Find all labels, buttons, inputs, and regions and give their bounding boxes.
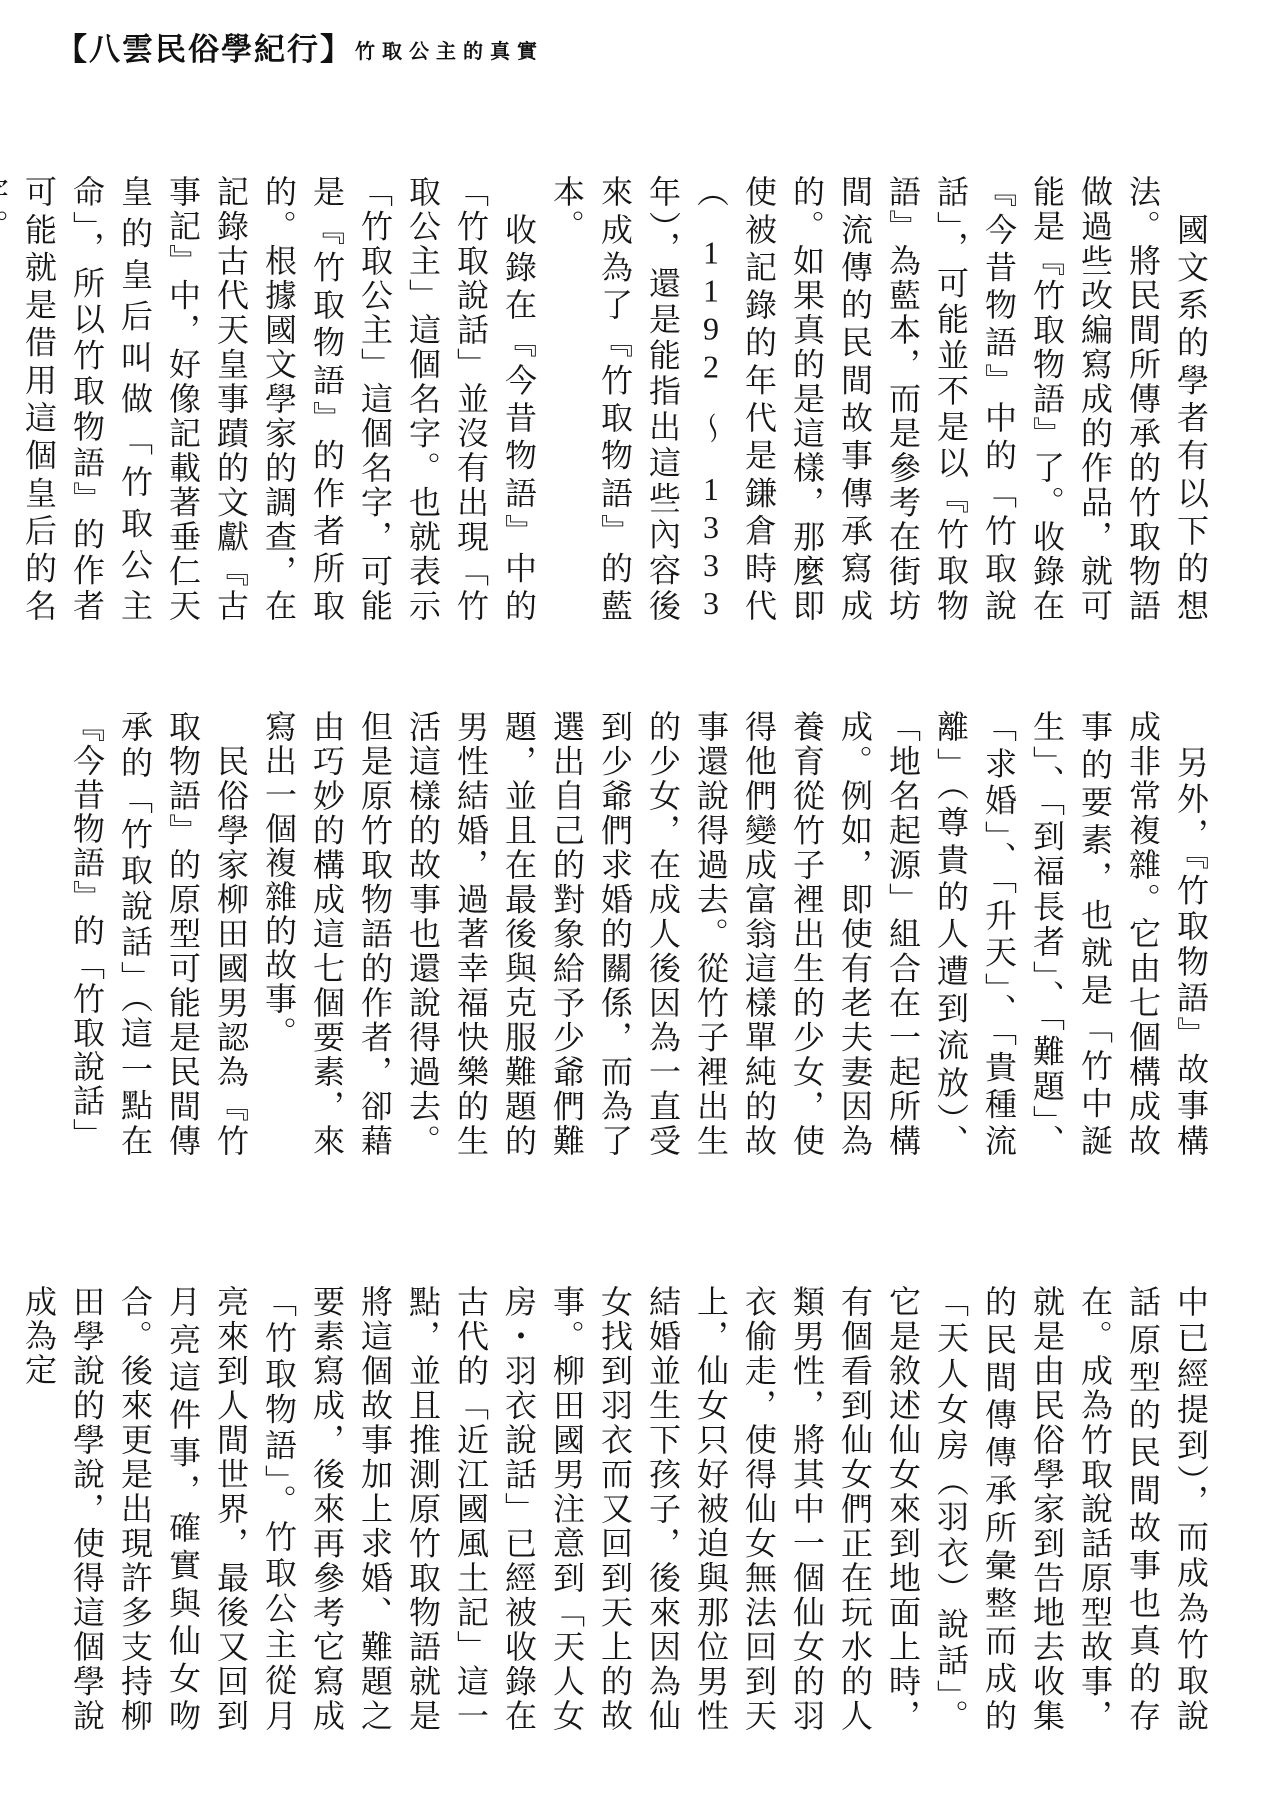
text-band-middle: 另外，『竹取物語』故事構成非常複雜。它由七個構成故事的要素，也就是「竹中誕生」、… [63,710,1215,1158]
paragraph: 國文系的學者有以下的想法。將民間所傳承的竹取物語做過些改編寫成的作品，就可能是『… [543,175,1215,623]
paragraph: 另外，『竹取物語』故事構成非常複雜。它由七個構成故事的要素，也就是「竹中誕生」、… [255,710,1215,1158]
paragraph: 收錄在『今昔物語』中的「竹取說話」並沒有出現「竹取公主」這個名字。也就表示「竹取… [0,175,543,623]
paragraph: 中已經提到），而成為竹取說話原型的民間故事也真的存在。成為竹取說話原型故事，就是… [15,1285,1215,1733]
article-title: 竹取公主的真實 [355,41,544,63]
text-band-bottom: 中已經提到），而成為竹取說話原型的民間故事也真的存在。成為竹取說話原型故事，就是… [15,1285,1215,1733]
page-header: 【八雲民俗學紀行】竹取公主的真實 [56,24,544,69]
paragraph: 民俗學家柳田國男認為『竹取物語』的原型可能是民間傳承的「竹取說話」（這一點在『今… [63,710,255,1158]
series-title: 【八雲民俗學紀行】 [56,32,353,67]
book-page: 【八雲民俗學紀行】竹取公主的真實 國文系的學者有以下的想法。將民間所傳承的竹取物… [0,0,1270,1800]
text-band-top: 國文系的學者有以下的想法。將民間所傳承的竹取物語做過些改編寫成的作品，就可能是『… [0,175,1215,623]
